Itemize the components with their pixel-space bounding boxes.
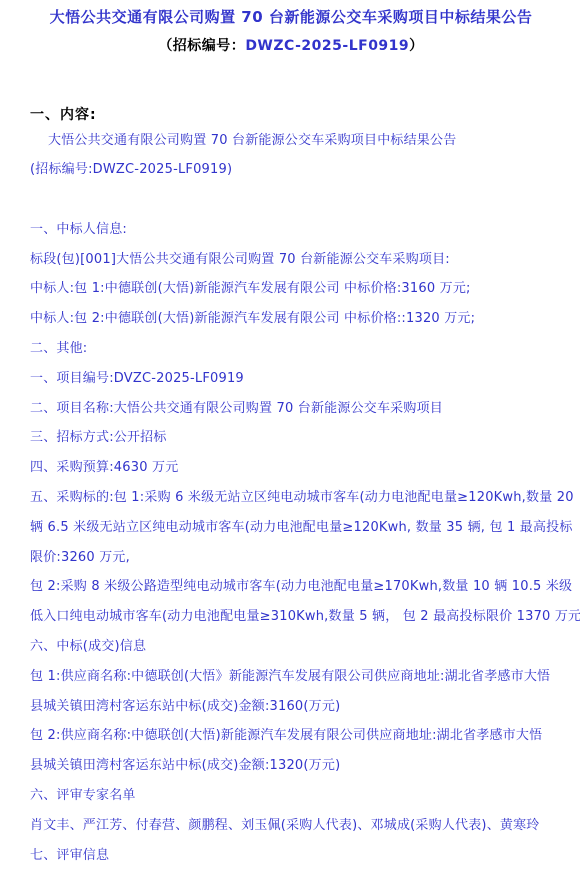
doc-line: 包 1:供应商名称:中德联创(大悟》新能源汽车发展有限公司供应商地址:湖北省孝感… (30, 662, 552, 692)
doc-title: 大悟公共交通有限公司购置 70 台新能源公交车采购项目中标结果公告 (30, 6, 552, 29)
doc-line: 六、评审专家名单 (30, 781, 552, 811)
doc-line: 三、招标方式:公开招标 (30, 423, 552, 453)
doc-line: 一、中标人信息: (30, 215, 552, 245)
doc-line: 辆 6.5 米级无站立区纯电动城市客车(动力电池配电量≥120Kwh, 数量 3… (30, 513, 552, 543)
doc-line: 限价:3260 万元, (30, 543, 552, 573)
doc-line: 一、项目编号:DVZC-2025-LF0919 (30, 364, 552, 394)
section-heading-content: 一、内容: (30, 105, 552, 126)
doc-line: 大悟公共交通有限公司购置 70 台新能源公交车采购项目中标结果公告 (30, 126, 552, 156)
doc-line: 四、采购预算:4630 万元 (30, 453, 552, 483)
subtitle-suffix: ） (409, 38, 424, 54)
doc-line: (招标编号:DWZC-2025-LF0919) (30, 155, 552, 185)
doc-subtitle: （招标编号：DWZC-2025-LF0919） (30, 36, 552, 57)
subtitle-prefix: （招标编号： (158, 38, 245, 54)
doc-line: 包 2:供应商名称:中德联创(大悟)新能源汽车发展有限公司供应商地址:湖北省孝感… (30, 721, 552, 751)
doc-line: 包 2:采购 8 米级公路造型纯电动城市客车(动力电池配电量≥170Kwh,数量… (30, 572, 552, 602)
doc-line: 县城关镇田湾村客运东站中标(成交)金额:1320(万元) (30, 751, 552, 781)
subtitle-tender-code: DWZC-2025-LF0919 (245, 38, 409, 54)
document-page: 大悟公共交通有限公司购置 70 台新能源公交车采购项目中标结果公告 （招标编号：… (0, 0, 580, 870)
doc-line: 县城关镇田湾村客运东站中标(成交)金额:3160(万元) (30, 692, 552, 722)
doc-line: 标段(包)[001]大悟公共交通有限公司购置 70 台新能源公交车采购项目: (30, 245, 552, 275)
doc-line: 二、项目名称:大悟公共交通有限公司购置 70 台新能源公交车采购项目 (30, 394, 552, 424)
doc-line: 七、评审信息 (30, 841, 552, 870)
doc-line: 中标人:包 1:中德联创(大悟)新能源汽车发展有限公司 中标价格:3160 万元… (30, 274, 552, 304)
doc-line: 二、其他: (30, 334, 552, 364)
doc-line: 低入口纯电动城市客车(动力电池配电量≥310Kwh,数量 5 辆， 包 2 最高… (30, 602, 552, 632)
doc-line: 六、中标(成交)信息 (30, 632, 552, 662)
doc-line: 肖文丰、严江芳、付春营、颜鹏程、刘玉佩(采购人代表)、邓城成(采购人代表)、黄寒… (30, 811, 552, 841)
doc-line: 五、采购标的:包 1:采购 6 米级无站立区纯电动城市客车(动力电池配电量≥12… (30, 483, 552, 513)
doc-line: 中标人:包 2:中德联创(大悟)新能源汽车发展有限公司 中标价格::1320 万… (30, 304, 552, 334)
doc-body: 大悟公共交通有限公司购置 70 台新能源公交车采购项目中标结果公告(招标编号:D… (30, 126, 552, 870)
